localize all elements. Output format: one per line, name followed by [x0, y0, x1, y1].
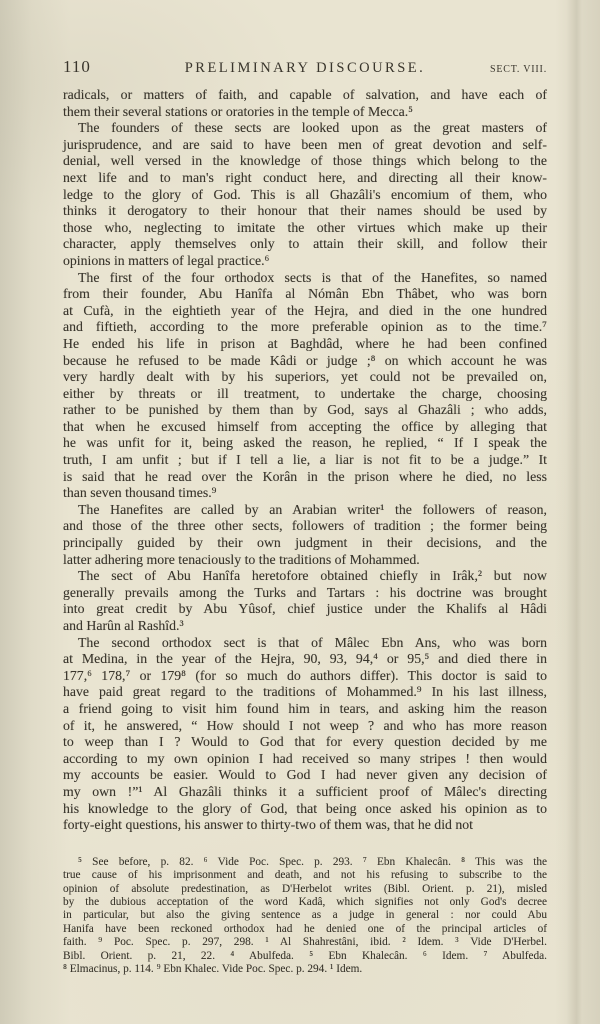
book-page-scan: 110 PRELIMINARY DISCOURSE. SECT. VIII. r…: [0, 0, 600, 1024]
text-line: and Harûn al Rashîd.³: [63, 618, 547, 635]
text-line: Bibl. Orient. p. 21, 22. ⁴ Abulfeda. ⁵ E…: [63, 950, 547, 963]
text-line: The Hanefites are called by an Arabian w…: [63, 502, 547, 519]
text-line: is said that he read over the Korân in t…: [63, 469, 547, 486]
paragraph: The first of the four orthodox sects is …: [63, 270, 547, 502]
running-title: PRELIMINARY DISCOURSE.: [153, 60, 457, 77]
text-line: than seven thousand times.⁹: [63, 485, 547, 502]
text-line: principally guided by their own judgment…: [63, 535, 547, 552]
text-line: character, apply themselves only to atta…: [63, 236, 547, 253]
paragraph: The sect of Abu Hanîfa heretofore obtain…: [63, 568, 547, 634]
page-edge-fold: [555, 0, 600, 1024]
text-line: He ended his life in prison at Baghdâd, …: [63, 336, 547, 353]
text-line: that when he excused himself from accept…: [63, 419, 547, 436]
text-line: opinion of absolute predestination, as D…: [63, 883, 547, 896]
text-line: thinks it derogatory to their honour tha…: [63, 203, 547, 220]
footnotes: ⁵ See before, p. 82. ⁶ Vide Poc. Spec. p…: [63, 856, 547, 977]
text-line: to weep than I ? Would to God that for e…: [63, 734, 547, 751]
page-number: 110: [63, 57, 153, 77]
text-line: by the dubious acceptation of the word K…: [63, 896, 547, 909]
text-line: true cause of his imprisonment and death…: [63, 869, 547, 882]
paragraph: The second orthodox sect is that of Mâle…: [63, 635, 547, 834]
text-line: faith. ⁹ Poc. Spec. p. 297, 298. ¹ Al Sh…: [63, 936, 547, 949]
text-line: because he refused to be made Kâdi or ju…: [63, 353, 547, 370]
text-line: generally prevails among the Turks and T…: [63, 585, 547, 602]
paragraph: The founders of these sects are looked u…: [63, 120, 547, 269]
text-line: have paid great regard to the traditions…: [63, 684, 547, 701]
page-content: 110 PRELIMINARY DISCOURSE. SECT. VIII. r…: [63, 57, 547, 976]
text-line: in particular, but also the giving sente…: [63, 909, 547, 922]
text-line: a friend going to visit him found him in…: [63, 701, 547, 718]
text-line: those who, neglecting to imitate the oth…: [63, 220, 547, 237]
text-line: and fiftieth, according to the more pref…: [63, 319, 547, 336]
text-line: at Medina, in the year of the Hejra, 90,…: [63, 651, 547, 668]
text-line: at Cufà, in the eightieth year of the He…: [63, 303, 547, 320]
text-line: into great credit by Abu Yûsof, chief ju…: [63, 601, 547, 618]
text-line: opinions in matters of legal practice.⁶: [63, 253, 547, 270]
running-header: 110 PRELIMINARY DISCOURSE. SECT. VIII.: [63, 57, 547, 77]
text-line: his knowledge to the glory of God, that …: [63, 801, 547, 818]
text-line: The second orthodox sect is that of Mâle…: [63, 635, 547, 652]
text-line: ledge to the glory of God. This is all G…: [63, 187, 547, 204]
text-line: latter adhering more tenaciously to the …: [63, 552, 547, 569]
text-line: Hanifa have been reckoned orthodox had h…: [63, 923, 547, 936]
text-line: forty-eight questions, his answer to thi…: [63, 817, 547, 834]
text-line: denial, well versed in the knowledge of …: [63, 153, 547, 170]
text-line: radicals, or matters of faith, and capab…: [63, 87, 547, 104]
text-line: ⁵ See before, p. 82. ⁶ Vide Poc. Spec. p…: [63, 856, 547, 869]
section-label: SECT. VIII.: [457, 64, 547, 75]
text-line: The founders of these sects are looked u…: [63, 120, 547, 137]
text-line: next life and to man's right conduct her…: [63, 170, 547, 187]
text-line: from their founder, Abu Hanîfa al Nómân …: [63, 286, 547, 303]
text-line: and those of the three other sects, foll…: [63, 518, 547, 535]
text-line: The first of the four orthodox sects is …: [63, 270, 547, 287]
text-line: either by threats or ill treatment, to u…: [63, 386, 547, 403]
text-line: truth, I am unfit ; but if I tell a lie,…: [63, 452, 547, 469]
body-text: radicals, or matters of faith, and capab…: [63, 87, 547, 834]
paragraph: The Hanefites are called by an Arabian w…: [63, 502, 547, 568]
text-line: according to my own opinion I had receiv…: [63, 751, 547, 768]
paragraph: radicals, or matters of faith, and capab…: [63, 87, 547, 120]
text-line: jurisprudence, and are said to have been…: [63, 137, 547, 154]
text-line: very hardly dealt with by his superiors,…: [63, 369, 547, 386]
text-line: them their several stations or oratories…: [63, 104, 547, 121]
text-line: he was unfit for it, being asked the rea…: [63, 435, 547, 452]
text-line: my own !”¹ Al Ghazâli thinks it a suffic…: [63, 784, 547, 801]
text-line: of it, he answered, “ How should I not w…: [63, 718, 547, 735]
text-line: rather to be punished by them than by Go…: [63, 402, 547, 419]
text-line: The sect of Abu Hanîfa heretofore obtain…: [63, 568, 547, 585]
gutter-shadow: [0, 0, 70, 1024]
text-line: 177,⁶ 178,⁷ or 179⁸ (for so much do auth…: [63, 668, 547, 685]
text-line: my accounts be easier. Would to God I ha…: [63, 767, 547, 784]
text-line: ⁸ Elmacinus, p. 114. ⁹ Ebn Khalec. Vide …: [63, 963, 547, 976]
